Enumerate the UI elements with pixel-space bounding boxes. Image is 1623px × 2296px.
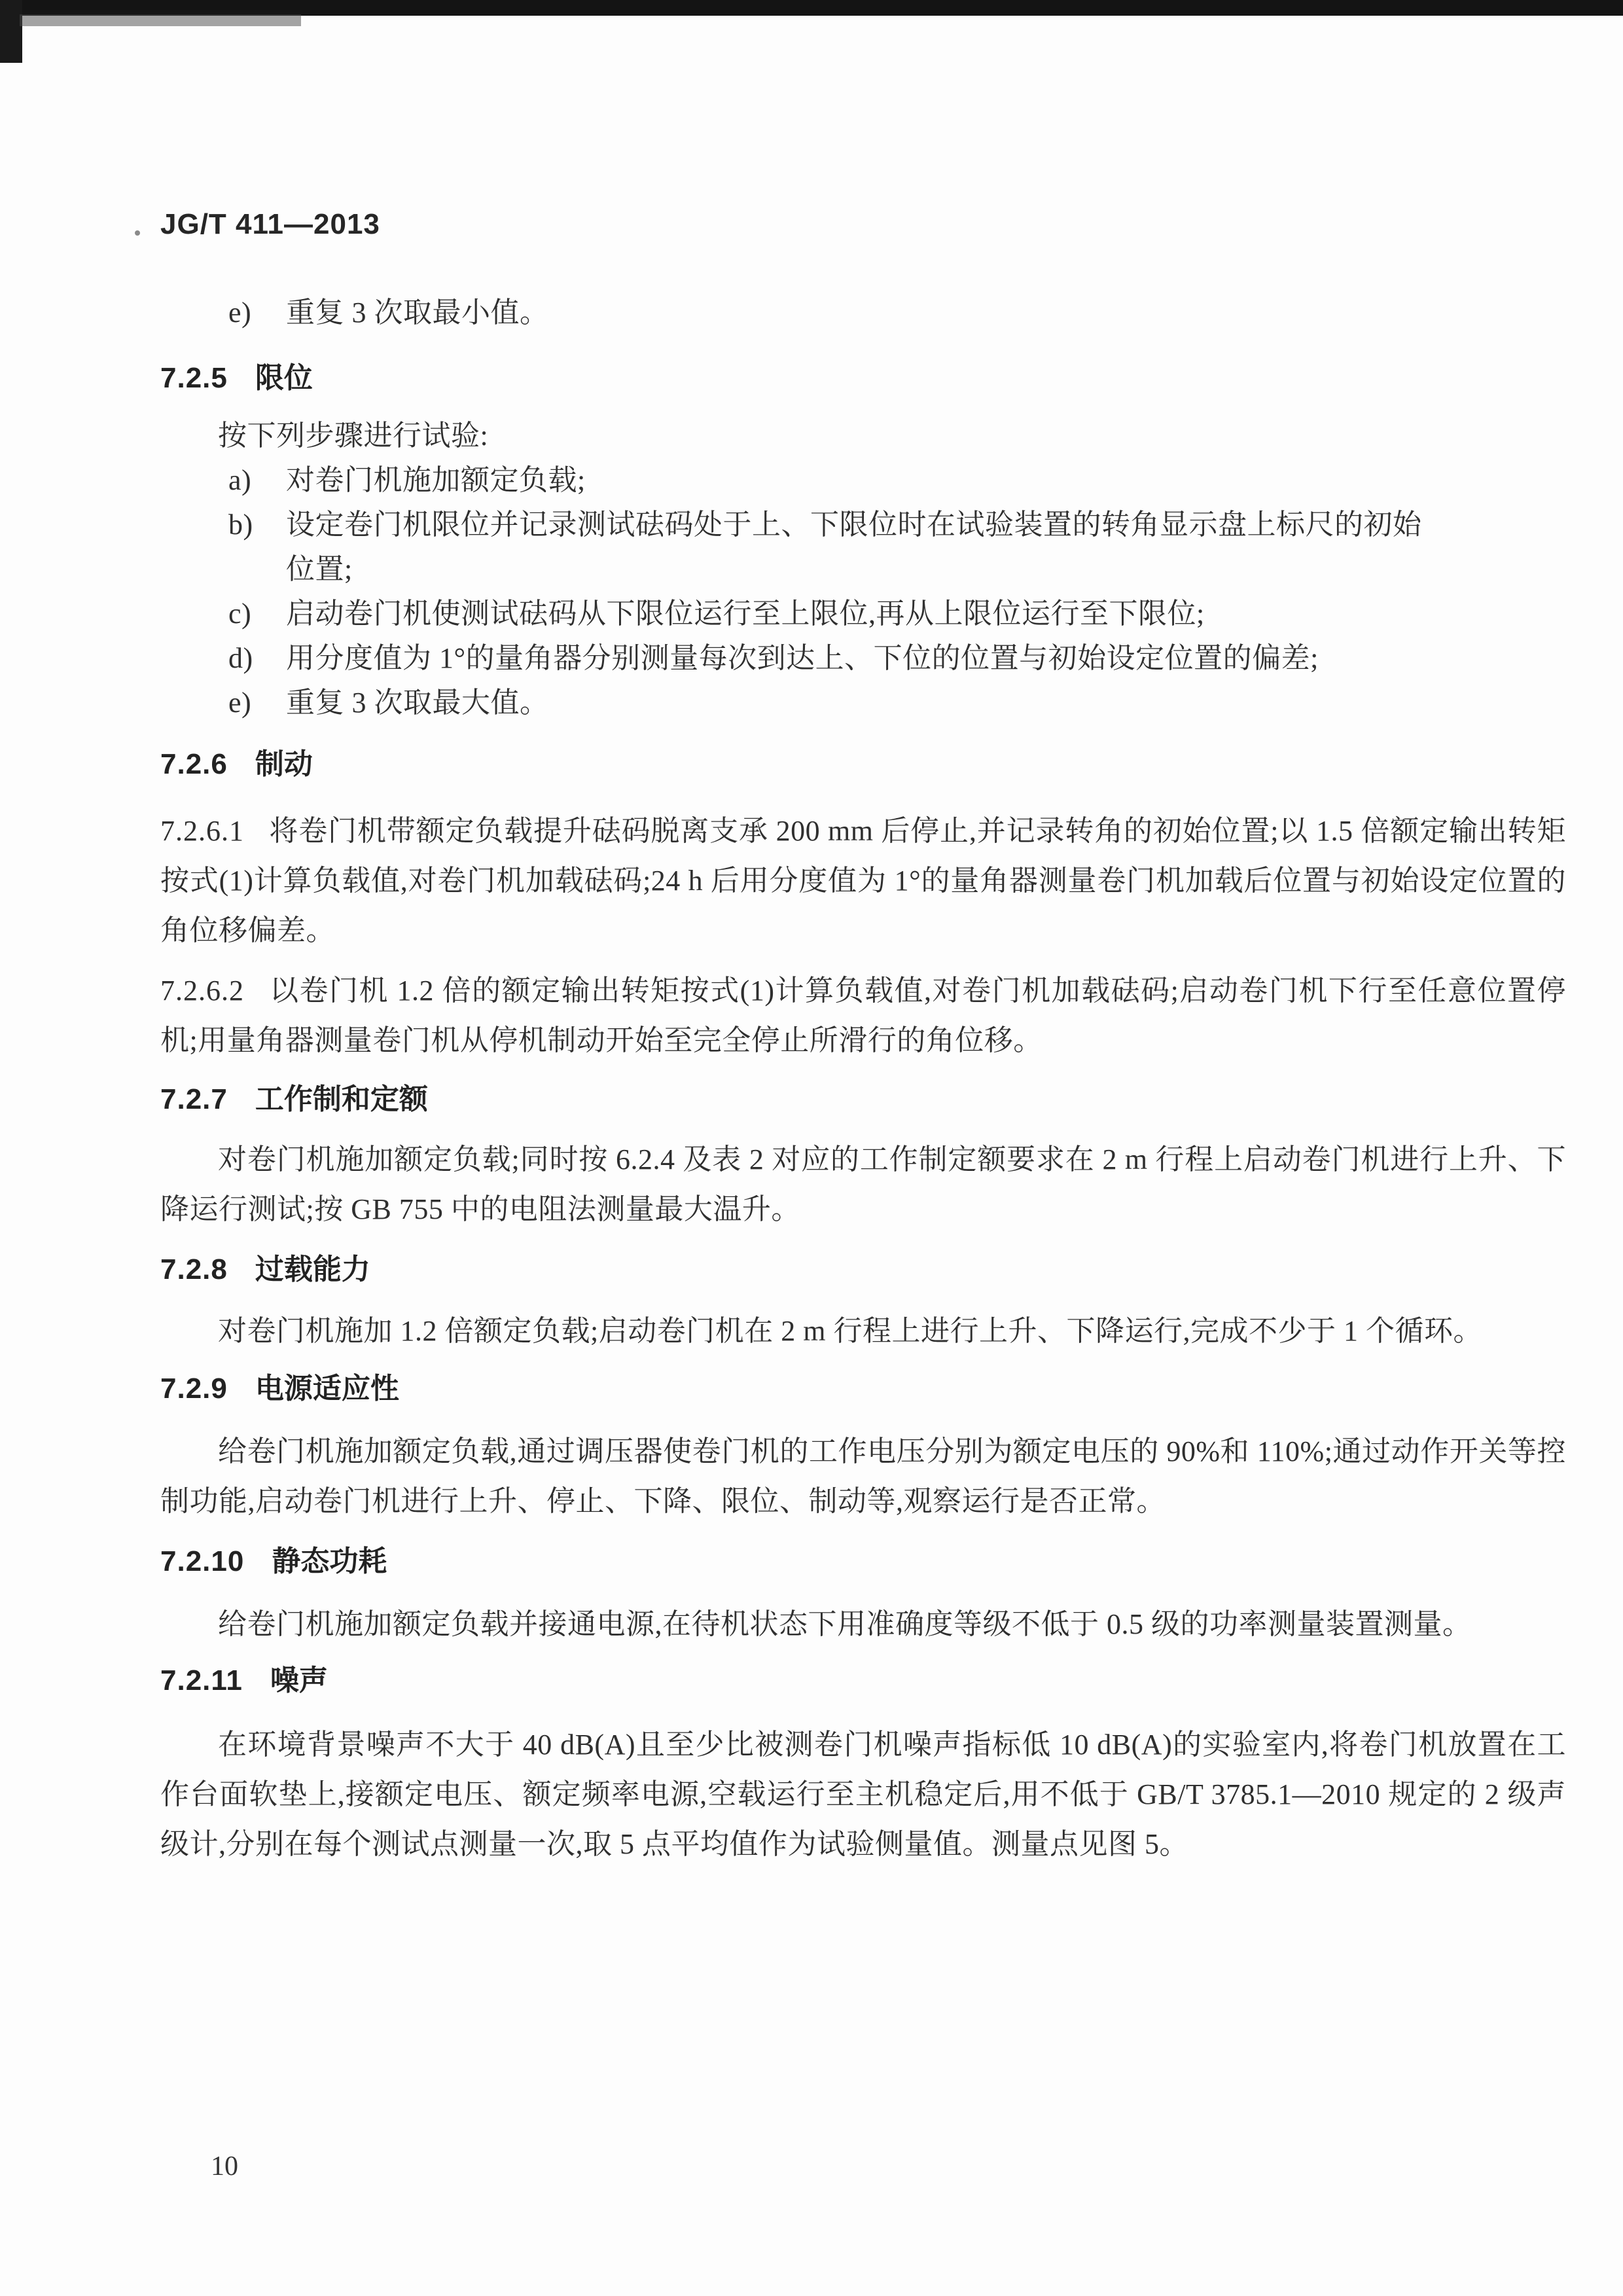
clause-7-2-6-2: 7.2.6.2以卷门机 1.2 倍的额定输出转矩按式(1)计算负载值,对卷门机加… — [160, 966, 1566, 1066]
list-item-b: b) 设定卷门机限位并记录测试砝码处于上、下限位时在试验装置的转角显示盘上标尺的… — [228, 503, 1566, 592]
section-title: 过载能力 — [255, 1253, 370, 1285]
section-title: 电源适应性 — [255, 1372, 399, 1405]
paragraph-7-2-8: 对卷门机施加 1.2 倍额定负载;启动卷门机在 2 m 行程上进行上升、下降运行… — [160, 1306, 1566, 1356]
section-heading-7-2-8: 7.2.8过载能力 — [160, 1250, 1566, 1289]
list-text: 用分度值为 1°的量角器分别测量每次到达上、下位的位置与初始设定位置的偏差; — [286, 636, 1319, 681]
section-title: 噪声 — [270, 1664, 328, 1696]
section-heading-7-2-7: 7.2.7工作制和定额 — [160, 1080, 1566, 1119]
list-item-c: c) 启动卷门机使测试砝码从下限位运行至上限位,再从上限位运行至下限位; — [228, 592, 1566, 636]
list-marker: c) — [228, 592, 286, 636]
list-text: 对卷门机施加额定负载; — [286, 458, 586, 503]
section-heading-7-2-5: 7.2.5限位 — [160, 359, 1566, 398]
paragraph-7-2-11: 在环境背景噪声不大于 40 dB(A)且至少比被测卷门机噪声指标低 10 dB(… — [160, 1720, 1566, 1869]
list-marker: e) — [228, 291, 286, 335]
section-title: 制动 — [255, 748, 313, 780]
section-title: 工作制和定额 — [255, 1083, 428, 1115]
list-marker: a) — [228, 458, 286, 503]
clause-text: 将卷门机带额定负载提升砝码脱离支承 200 mm 后停止,并记录转角的初始位置;… — [160, 815, 1566, 946]
list-item-e: e) 重复 3 次取最大值。 — [228, 681, 1566, 725]
paragraph-7-2-7: 对卷门机施加额定负载;同时按 6.2.4 及表 2 对应的工作制定额要求在 2 … — [160, 1135, 1566, 1234]
standard-number: JG/T 411—2013 — [160, 208, 380, 240]
section-title: 静态功耗 — [272, 1545, 387, 1577]
paragraph-7-2-9: 给卷门机施加额定负载,通过调压器使卷门机的工作电压分别为额定电压的 90%和 1… — [160, 1427, 1566, 1526]
section-number: 7.2.7 — [160, 1083, 228, 1115]
clause-text: 以卷门机 1.2 倍的额定输出转矩按式(1)计算负载值,对卷门机加载砝码;启动卷… — [160, 975, 1566, 1056]
section-title: 限位 — [255, 362, 313, 394]
list-text: 重复 3 次取最大值。 — [286, 681, 549, 725]
section-heading-7-2-10: 7.2.10静态功耗 — [160, 1542, 1566, 1581]
section-heading-7-2-6: 7.2.6制动 — [160, 745, 1566, 784]
section-number: 7.2.10 — [160, 1545, 244, 1577]
paragraph-7-2-10: 给卷门机施加额定负载并接通电源,在待机状态下用准确度等级不低于 0.5 级的功率… — [160, 1600, 1566, 1649]
section-number: 7.2.11 — [160, 1664, 243, 1696]
section-number: 7.2.8 — [160, 1253, 228, 1285]
section-number: 7.2.6 — [160, 748, 228, 780]
standard-number-header: JG/T 411—2013 — [160, 206, 1566, 243]
paragraph-lead-7-2-5: 按下列步骤进行试验: — [160, 414, 1566, 458]
section-number: 7.2.9 — [160, 1372, 228, 1405]
list-item-intro-e: e) 重复 3 次取最小值。 — [228, 291, 1566, 335]
page-number: 10 — [211, 2151, 238, 2182]
list-item-d: d) 用分度值为 1°的量角器分别测量每次到达上、下位的位置与初始设定位置的偏差… — [228, 636, 1566, 681]
section-number: 7.2.5 — [160, 362, 228, 394]
document-page: JG/T 411—2013 e) 重复 3 次取最小值。 7.2.5限位 按下列… — [0, 0, 1623, 2296]
page-content: JG/T 411—2013 e) 重复 3 次取最小值。 7.2.5限位 按下列… — [160, 0, 1566, 1869]
list-text: 启动卷门机使测试砝码从下限位运行至上限位,再从上限位运行至下限位; — [286, 592, 1205, 636]
list-marker: b) — [228, 503, 286, 592]
clause-number: 7.2.6.1 — [160, 815, 244, 847]
list-marker: d) — [228, 636, 286, 681]
list-text: 设定卷门机限位并记录测试砝码处于上、下限位时在试验装置的转角显示盘上标尺的初始位… — [286, 503, 1438, 592]
clause-number: 7.2.6.2 — [160, 975, 244, 1007]
scan-dot-artifact — [135, 230, 140, 236]
list-text: 重复 3 次取最小值。 — [286, 291, 549, 335]
list-item-a: a) 对卷门机施加额定负载; — [228, 458, 1566, 503]
section-heading-7-2-9: 7.2.9电源适应性 — [160, 1369, 1566, 1408]
scan-artifact-corner-block — [0, 0, 22, 63]
list-marker: e) — [228, 681, 286, 725]
section-heading-7-2-11: 7.2.11噪声 — [160, 1661, 1566, 1700]
clause-7-2-6-1: 7.2.6.1将卷门机带额定负载提升砝码脱离支承 200 mm 后停止,并记录转… — [160, 806, 1566, 956]
